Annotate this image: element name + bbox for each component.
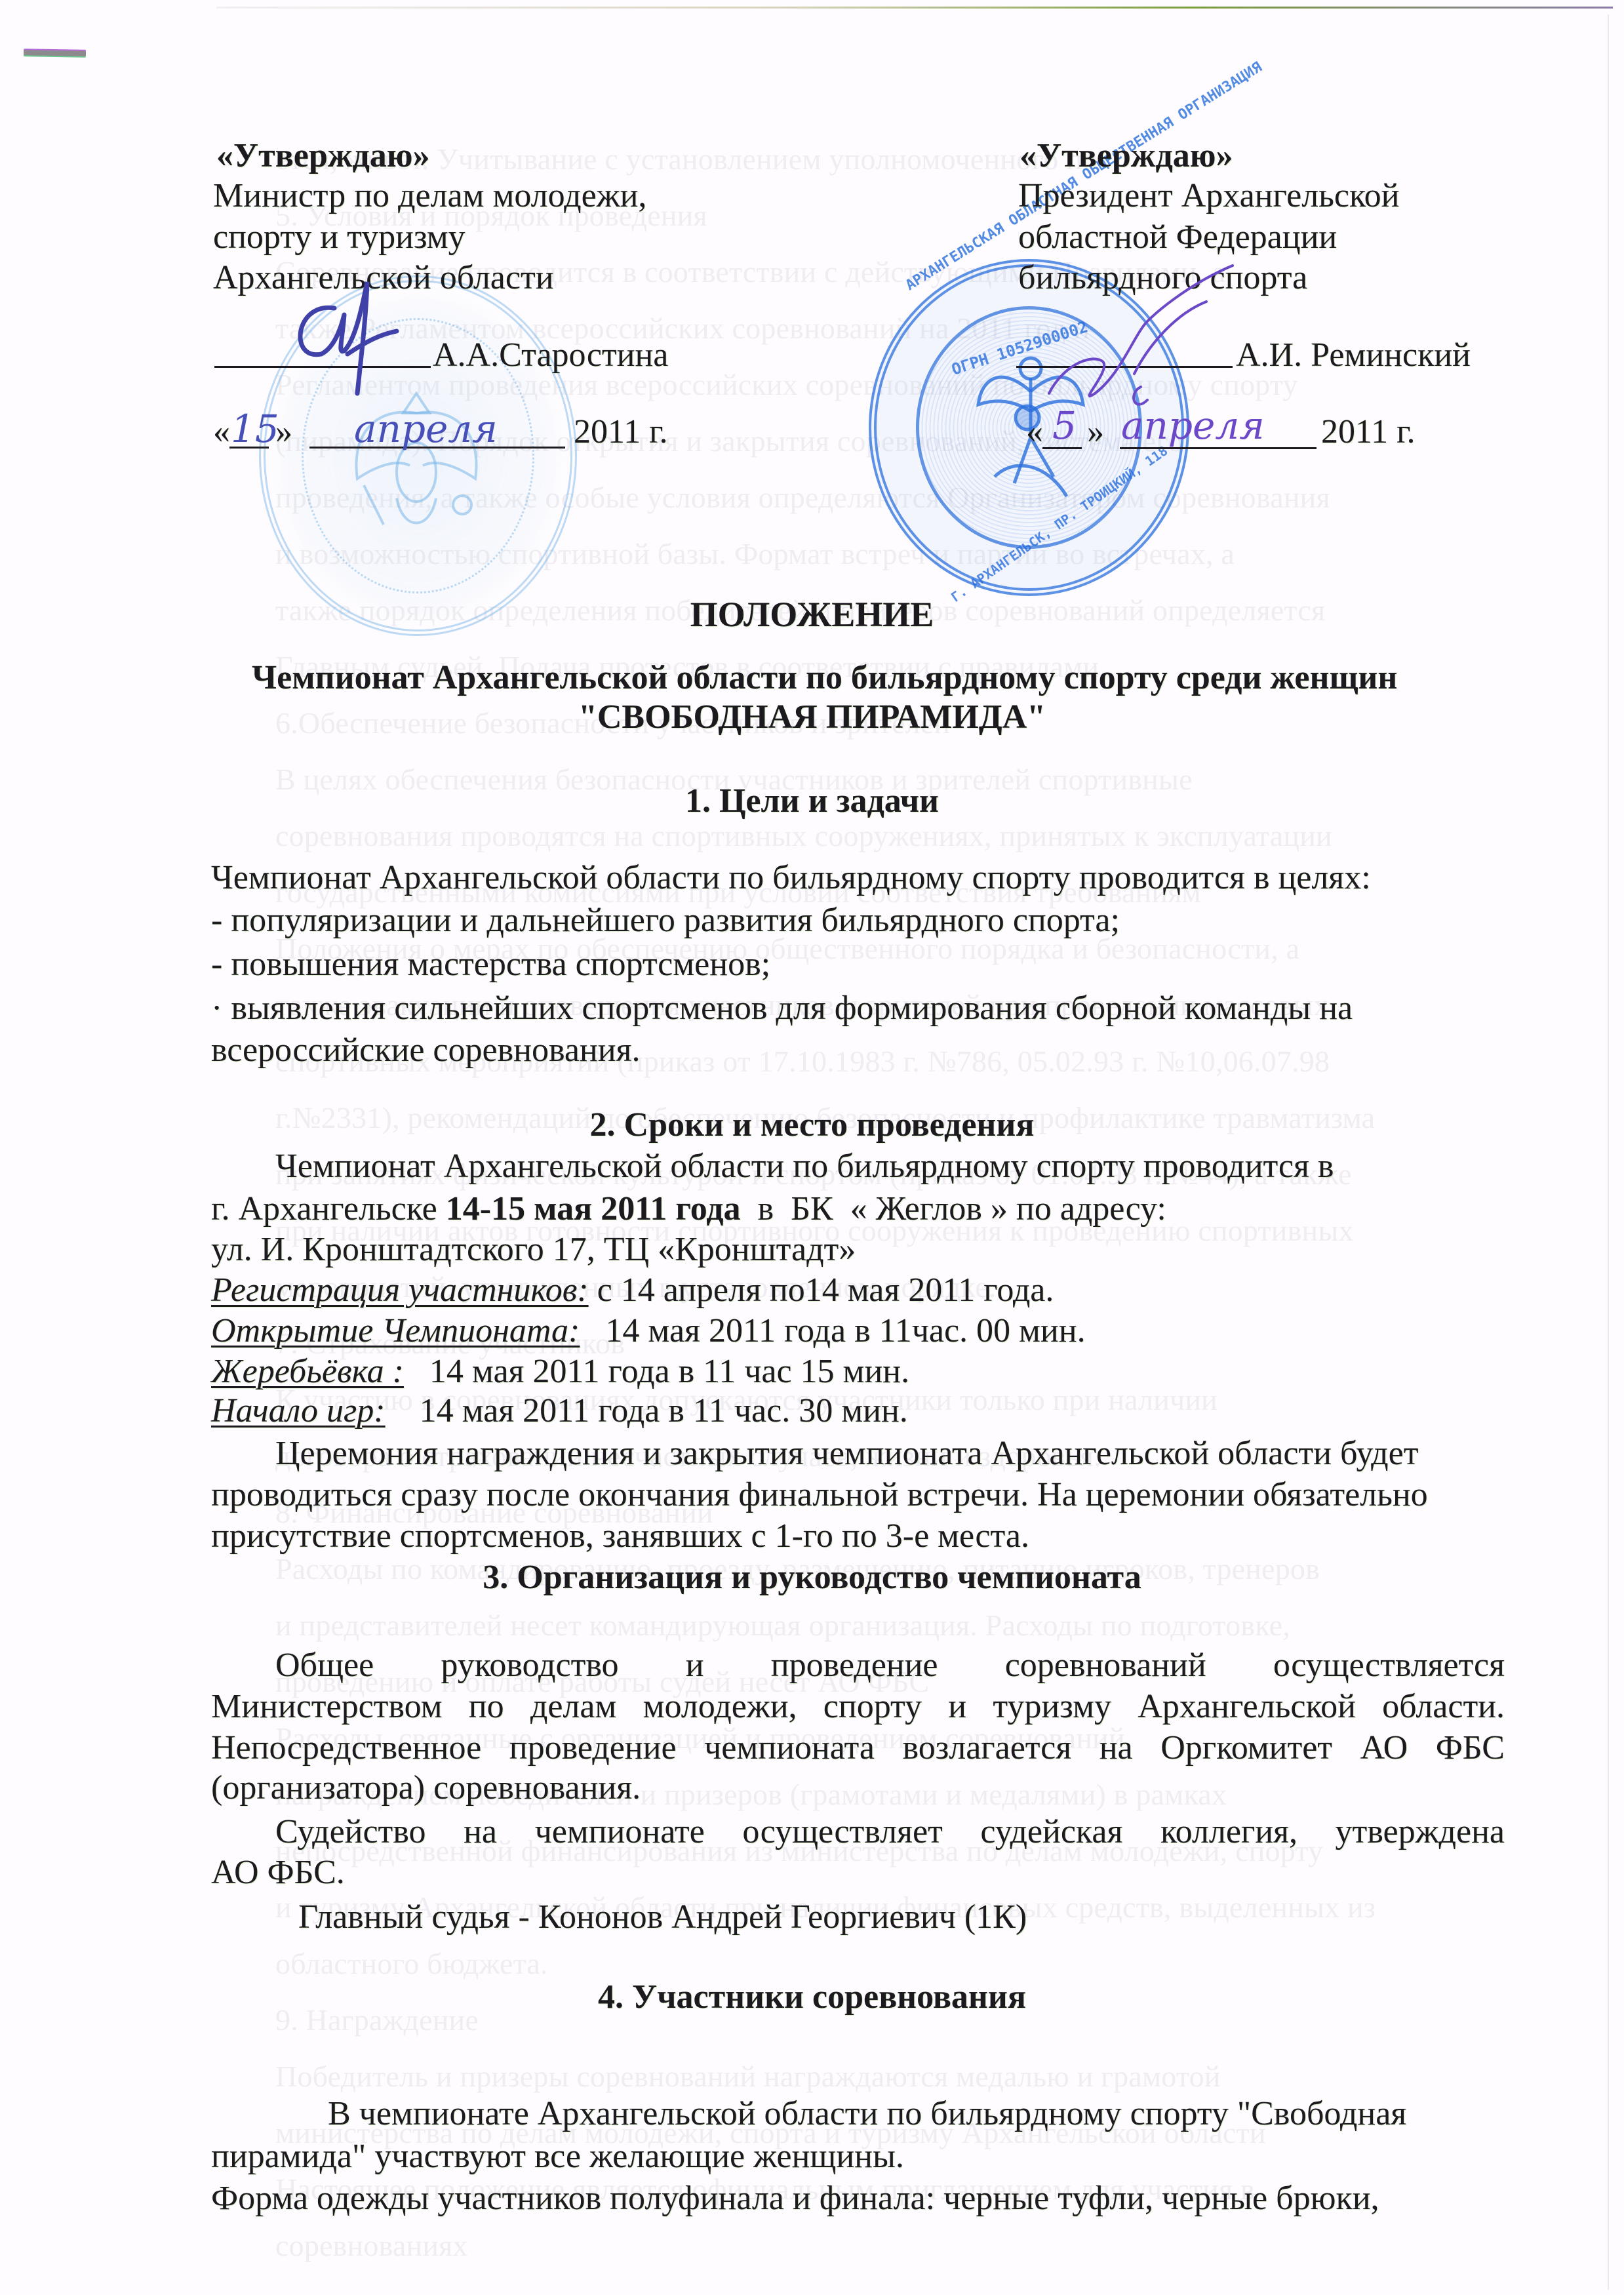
approval-left-heading: «Утверждаю» — [216, 139, 430, 173]
section-3-heading: 3. Организация и руководство чемпионата — [0, 1561, 1624, 1595]
approval-left-line: Архангельской области — [213, 261, 554, 295]
dress-code-paragraph: Форма одежды участников полуфинала и фин… — [211, 2182, 1379, 2216]
date-right-close: » — [1087, 415, 1104, 449]
judging-paragraph: АО ФБС. — [211, 1856, 345, 1890]
schedule-value: 14 мая 2011 года в 11час. 00 мин. — [580, 1312, 1085, 1349]
event-dates: 14-15 мая 2011 года — [446, 1190, 741, 1227]
schedule-row-start: Начало игр: 14 мая 2011 года в 11 час. 3… — [211, 1394, 908, 1428]
date-left-open: « — [213, 415, 230, 449]
scan-mark — [24, 50, 86, 56]
date-month-left[interactable]: апреля — [354, 407, 498, 451]
schedule-row-opening: Открытие Чемпионата: 14 мая 2011 года в … — [211, 1314, 1086, 1348]
eagle-emblem-icon — [338, 374, 495, 544]
approval-right-line: Президент Архангельской — [1018, 179, 1399, 213]
section-1-item: всероссийские соревнования. — [211, 1033, 640, 1068]
venue-address: ул. И. Кронштадтского 17, ТЦ «Кронштадт» — [211, 1233, 856, 1267]
approval-left-line: спорту и туризму — [213, 220, 465, 254]
ceremony-paragraph: Церемония награждения и закрытия чемпион… — [275, 1437, 1418, 1471]
schedule-label: Открытие Чемпионата: — [211, 1312, 580, 1349]
schedule-label: Жеребьёвка : — [211, 1353, 404, 1390]
section-2-heading: 2. Сроки и место проведения — [0, 1108, 1624, 1142]
venue: в БК « Жеглов » по адресу: — [741, 1190, 1166, 1227]
date-day-right[interactable]: 5 — [1052, 403, 1077, 448]
schedule-value: 14 мая 2011 года в 11 час 15 мин. — [404, 1353, 909, 1390]
section-1-heading: 1. Цели и задачи — [0, 784, 1624, 818]
section-1-item: - популяризации и дальнейшего развития б… — [211, 904, 1120, 938]
schedule-row-registration: Регистрация участников: с 14 апреля по14… — [211, 1273, 1054, 1307]
stamp-ogrn-text: ОГРН 1052900002 — [949, 317, 1090, 379]
section-1-intro: Чемпионат Архангельской области по билья… — [211, 861, 1371, 895]
section-2-paragraph: г. Архангельске 14-15 мая 2011 года в БК… — [211, 1192, 1166, 1226]
date-right-open: « — [1026, 415, 1043, 449]
section-2-paragraph: Чемпионат Архангельской области по билья… — [275, 1149, 1334, 1184]
schedule-value: с 14 апреля по14 мая 2011 года. — [589, 1271, 1054, 1309]
signature-line-right — [1016, 366, 1233, 368]
schedule-value: 14 мая 2011 года в 11 час. 30 мин. — [386, 1392, 908, 1429]
date-month-right[interactable]: апреля — [1121, 403, 1265, 448]
chief-judge: Главный судья - Кононов Андрей Георгиеви… — [298, 1900, 1027, 1934]
section-3-paragraph: Общее руководство и проведение соревнова… — [275, 1648, 1505, 1683]
section-1-item: - повышения мастерства спортсменов; — [211, 948, 770, 982]
scan-page-edge-right — [1608, 14, 1609, 2290]
section-4-heading: 4. Участники соревнования — [0, 1980, 1624, 2014]
document-subtitle: Чемпионат Архангельской области по билья… — [252, 661, 1397, 695]
section-3-paragraph: (организатора) соревнования. — [211, 1771, 641, 1805]
schedule-label: Регистрация участников: — [211, 1271, 589, 1309]
scan-page-edge — [216, 7, 1613, 9]
section-4-paragraph: пирамида" участвуют все желающие женщины… — [211, 2140, 904, 2174]
approval-right-line: бильярдного спорта — [1018, 261, 1307, 295]
section-3-paragraph: Непосредственное проведение чемпионата в… — [211, 1731, 1505, 1765]
signature-line-left — [214, 366, 431, 368]
approval-right-signatory: А.И. Реминский — [1236, 338, 1471, 372]
approval-left-signatory: А.А.Старостина — [433, 338, 668, 372]
ministry-seal-stamp — [259, 275, 577, 636]
section-3-paragraph: Министерством по делам молодежи, спорту … — [211, 1690, 1505, 1724]
stamp-address-text: Г. АРХАНГЕЛЬСК, ПР. ТРОИЦКИЙ, 118 — [948, 443, 1170, 605]
ceremony-paragraph: присутствие спортсменов, занявших с 1-го… — [211, 1519, 1029, 1553]
approval-right-heading: «Утверждаю» — [1020, 139, 1233, 173]
section-1-item: · выявления сильнейших спортсменов для ф… — [211, 991, 1353, 1026]
document-title: ПОЛОЖЕНИЕ — [0, 597, 1624, 632]
ceremony-paragraph: проводиться сразу после окончания финаль… — [211, 1478, 1428, 1512]
schedule-row-draw: Жеребьёвка : 14 мая 2011 года в 11 час 1… — [211, 1355, 909, 1389]
judging-paragraph: Судейство на чемпионате осуществляет суд… — [275, 1815, 1505, 1849]
date-day-left[interactable]: 15 — [231, 407, 279, 451]
location-city: г. Архангельске — [211, 1190, 446, 1227]
date-year-left: 2011 г. — [574, 415, 668, 449]
date-year-right: 2011 г. — [1321, 415, 1416, 449]
approval-right-line: областной Федерации — [1018, 220, 1337, 254]
approval-left-line: Министр по делам молодежи, — [213, 179, 646, 213]
schedule-label: Начало игр: — [211, 1392, 386, 1429]
section-4-paragraph: В чемпионате Архангельской области по би… — [328, 2097, 1406, 2131]
date-left-close: » — [275, 415, 292, 449]
document-subtitle-name: "СВОБОДНАЯ ПИРАМИДА" — [0, 700, 1624, 734]
